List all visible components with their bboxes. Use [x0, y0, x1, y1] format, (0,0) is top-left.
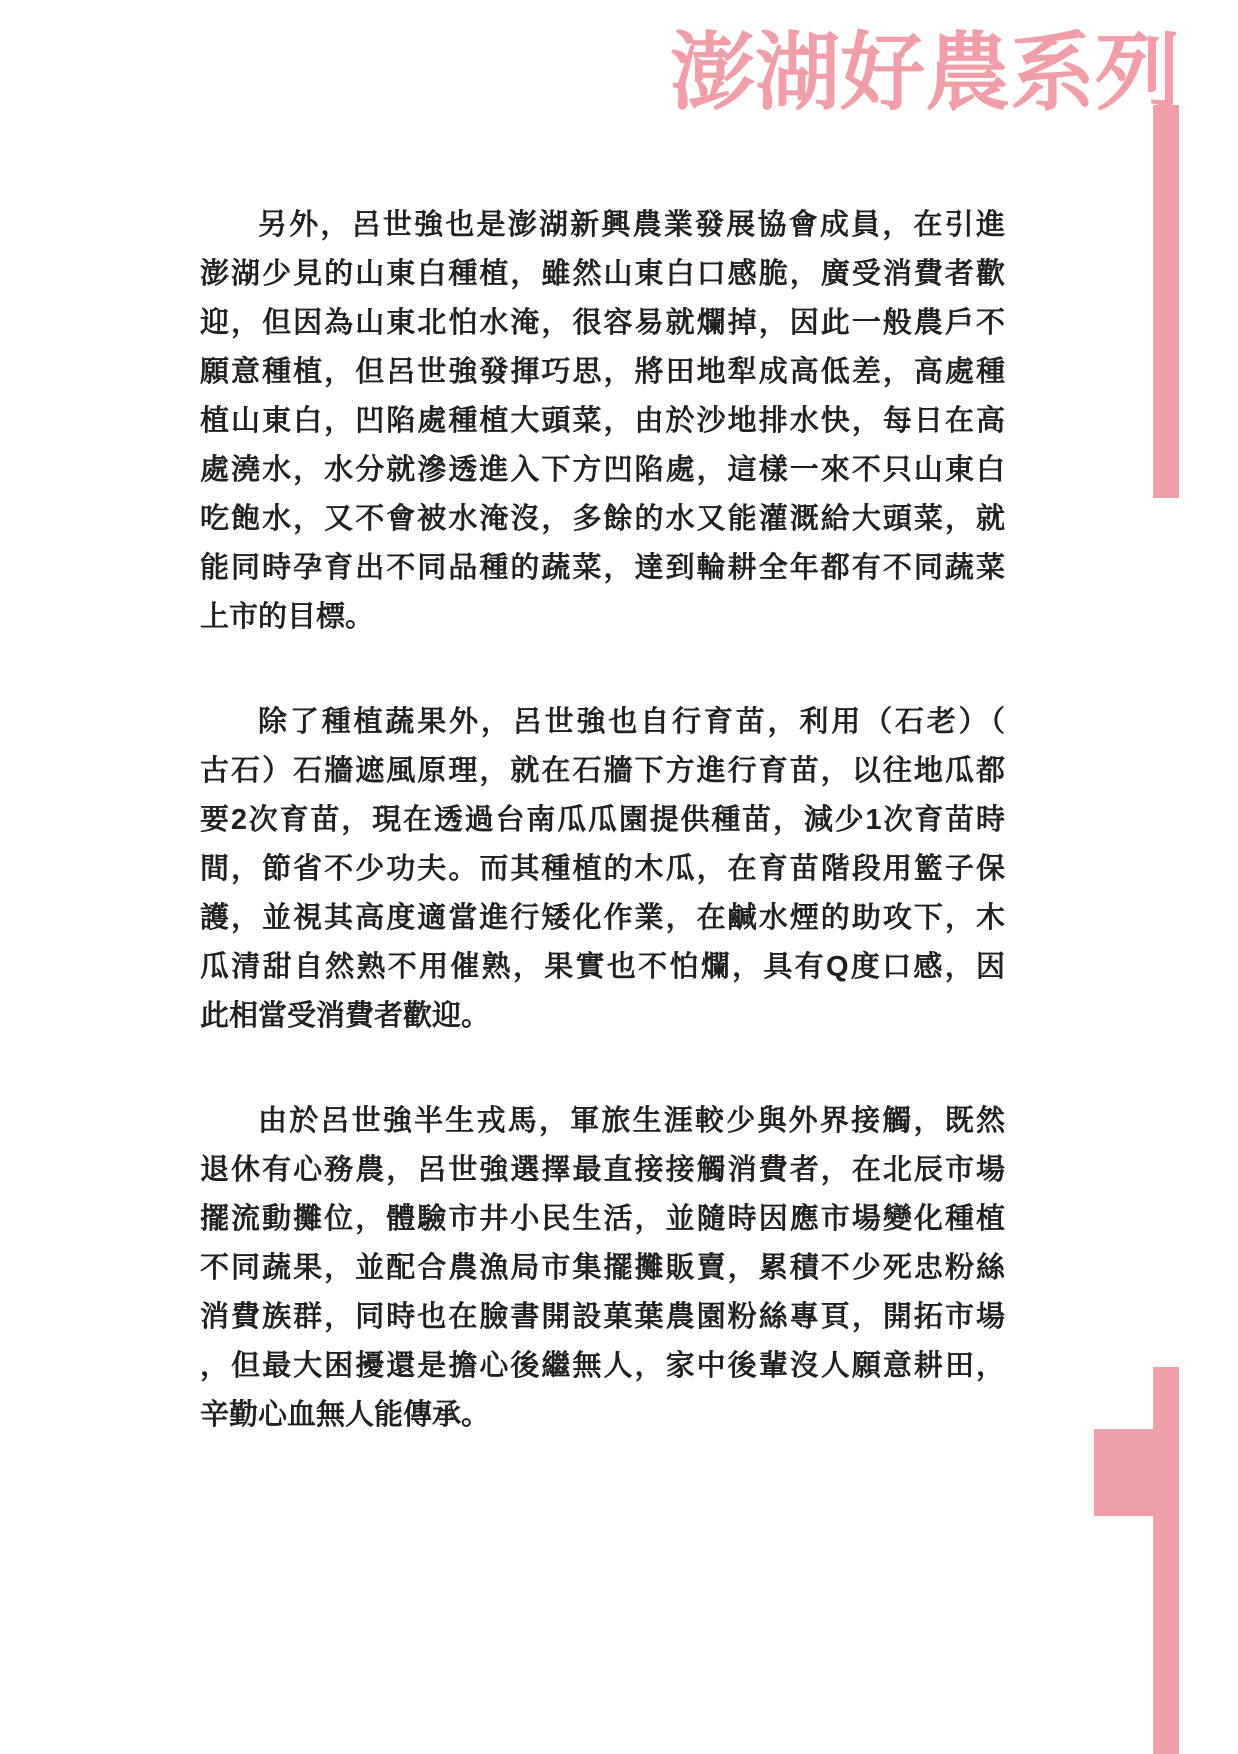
paragraph-line: 擺流動攤位，體驗市井小民生活，並隨時因應市場變化種植 — [200, 1195, 1005, 1244]
paragraph-line: 不同蔬果，並配合農漁局市集擺攤販賣，累積不少死忠粉絲 — [200, 1244, 1005, 1293]
paragraph-line: 除了種植蔬果外，呂世強也自行育苗，利用（石老）（ — [200, 698, 1005, 747]
paragraph-line: 護，並視其高度適當進行矮化作業，在鹹水煙的助攻下，木 — [200, 894, 1005, 943]
body-text: 另外，呂世強也是澎湖新興農業發展協會成員，在引進 澎湖少見的山東白種植，雖然山東… — [200, 201, 1005, 1440]
paragraph-line: 間，節省不少功夫。而其種植的木瓜，在育苗階段用籃子保 — [200, 845, 1005, 894]
decorative-square-bottom-right — [1094, 1429, 1153, 1516]
paragraph-line: ，但最大困擾還是擔心後繼無人，家中後輩沒人願意耕田， — [200, 1342, 1005, 1391]
paragraph-line: 處澆水，水分就滲透進入下方凹陷處，這樣一來不只山東白 — [200, 446, 1005, 495]
paragraph: 由於呂世強半生戎馬，軍旅生涯較少與外界接觸，既然 退休有心務農，呂世強選擇最直接… — [200, 1097, 1005, 1440]
paragraph-line: 由於呂世強半生戎馬，軍旅生涯較少與外界接觸，既然 — [200, 1097, 1005, 1146]
paragraph-line: 植山東白，凹陷處種植大頭菜，由於沙地排水快，每日在高 — [200, 397, 1005, 446]
paragraph-line: 另外，呂世強也是澎湖新興農業發展協會成員，在引進 — [200, 201, 1005, 250]
page-title: 澎湖好農系列 — [670, 24, 1180, 124]
paragraph-line: 瓜清甜自然熟不用催熟，果實也不怕爛，具有Q度口感，因 — [200, 943, 1005, 992]
paragraph-line: 願意種植，但呂世強發揮巧思，將田地犁成高低差，高處種 — [200, 348, 1005, 397]
paragraph-line: 能同時孕育出不同品種的蔬菜，達到輪耕全年都有不同蔬菜 — [200, 544, 1005, 593]
paragraph-line: 上市的目標。 — [200, 593, 1005, 642]
paragraph-line: 辛勤心血無人能傳承。 — [200, 1391, 1005, 1440]
decorative-bar-bottom-right — [1153, 1367, 1179, 1754]
paragraph-line: 消費族群，同時也在臉書開設菓葉農園粉絲專頁，開拓市場 — [200, 1293, 1005, 1342]
paragraph-line: 退休有心務農，呂世強選擇最直接接觸消費者，在北辰市場 — [200, 1146, 1005, 1195]
paragraph-line: 古石）石牆遮風原理，就在石牆下方進行育苗，以往地瓜都 — [200, 747, 1005, 796]
paragraph-line: 吃飽水，又不會被水淹沒，多餘的水又能灌溉給大頭菜，就 — [200, 495, 1005, 544]
paragraph-line: 澎湖少見的山東白種植，雖然山東白口感脆，廣受消費者歡 — [200, 250, 1005, 299]
paragraph-line: 迎，但因為山東北怕水淹，很容易就爛掉，因此一般農戶不 — [200, 299, 1005, 348]
document-page: 澎湖好農系列 另外，呂世強也是澎湖新興農業發展協會成員，在引進 澎湖少見的山東白… — [0, 0, 1238, 1754]
paragraph-line: 此相當受消費者歡迎。 — [200, 992, 1005, 1041]
decorative-bar-top-right — [1153, 105, 1179, 498]
paragraph: 除了種植蔬果外，呂世強也自行育苗，利用（石老）（ 古石）石牆遮風原理，就在石牆下… — [200, 698, 1005, 1041]
paragraph-line: 要2次育苗，現在透過台南瓜瓜園提供種苗，減少1次育苗時 — [200, 796, 1005, 845]
paragraph: 另外，呂世強也是澎湖新興農業發展協會成員，在引進 澎湖少見的山東白種植，雖然山東… — [200, 201, 1005, 642]
